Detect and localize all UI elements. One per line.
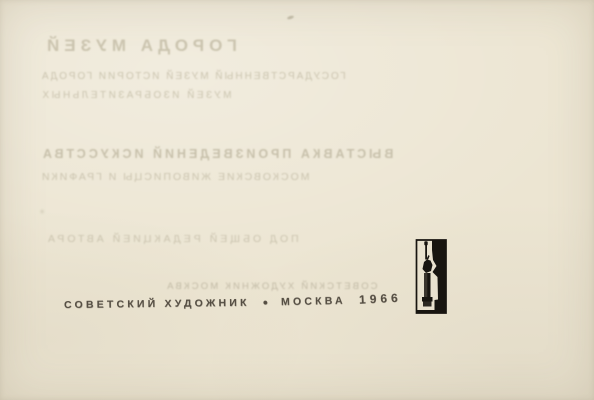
publisher-imprint-line: СОВЕТСКИЙ ХУДОЖНИК ● МОСКВА 1966 xyxy=(64,293,402,311)
show-through-title: ГОРОДА МУЗЕЙ xyxy=(42,36,237,56)
show-through-line: СОВЕТСКИЙ ХУДОЖНИК МОСКВА xyxy=(165,281,377,292)
show-through-line: ВЫСТАВКА ПРОИЗВЕДЕНИЙ ИСКУССТВА xyxy=(40,147,393,161)
show-through-line: ПОД ОБЩЕЙ РЕДАКЦИЕЙ АВТОРА xyxy=(45,233,299,245)
show-through-line: ГОСУДАРСТВЕННЫЙ МУЗЕЙ ИСТОРИИ ГОРОДА xyxy=(40,71,346,82)
publication-year: 1966 xyxy=(358,291,401,307)
publisher-city: МОСКВА xyxy=(281,295,346,308)
statue-woodcut-stamp-icon xyxy=(413,238,450,317)
show-through-mark: * xyxy=(40,208,44,220)
show-through-line: МУЗЕЙ ИЗОБРАЗИТЕЛЬНЫХ xyxy=(40,90,232,101)
paper-speck xyxy=(287,15,295,20)
separator-dot: ● xyxy=(263,297,269,307)
publisher-name: СОВЕТСКИЙ ХУДОЖНИК xyxy=(64,297,250,311)
scanned-book-page: ГОРОДА МУЗЕЙ ГОСУДАРСТВЕННЫЙ МУЗЕЙ ИСТОР… xyxy=(0,0,594,400)
show-through-line: МОСКОВСКИЕ ЖИВОПИСЦЫ И ГРАФИКИ xyxy=(40,171,310,183)
